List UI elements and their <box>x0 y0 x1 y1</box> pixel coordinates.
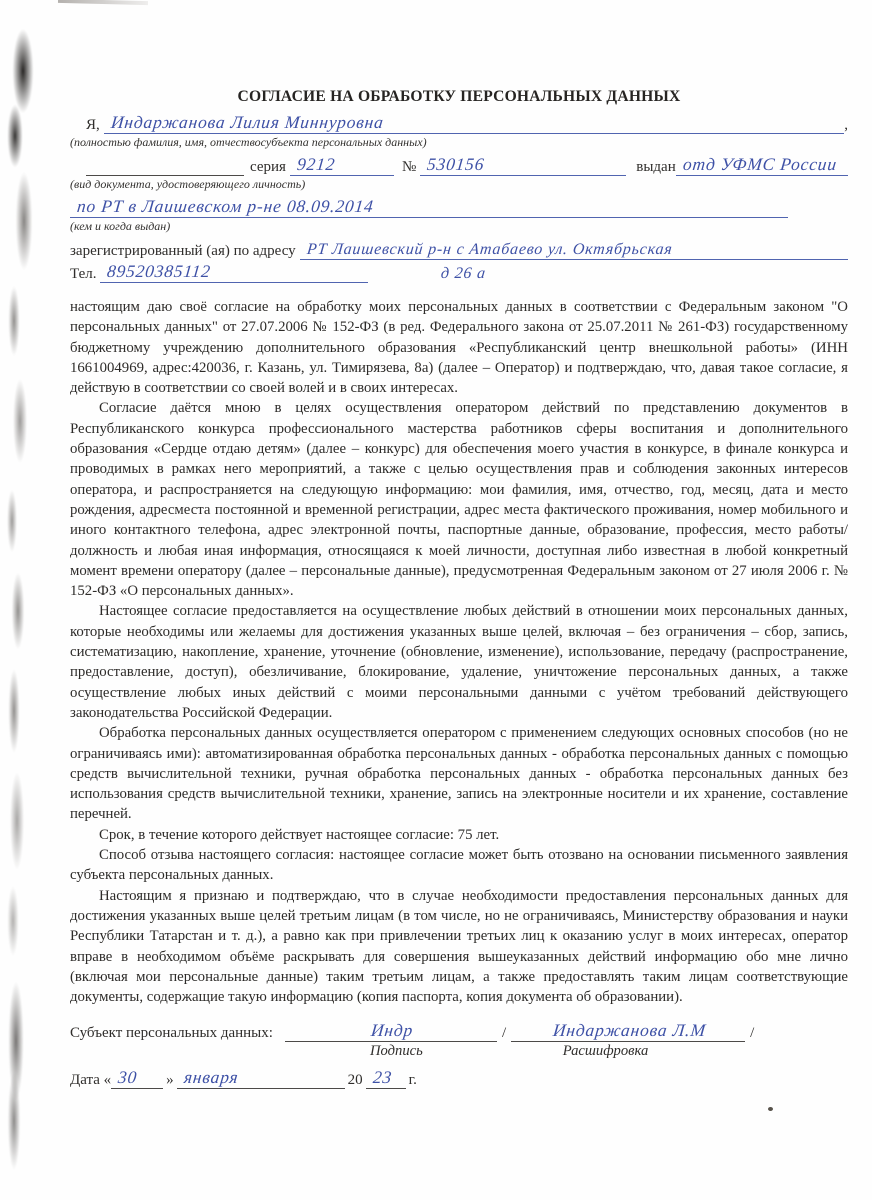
address-handwriting: РТ Лаишевский р-н с Атабаево ул. Октябрь… <box>300 242 679 259</box>
signature-row: Субъект персональных данных: Индр / Инда… <box>70 1022 848 1042</box>
label-issued: выдан <box>626 159 675 176</box>
paragraph-withdrawal: Способ отзыва настоящего согласия: насто… <box>70 845 848 886</box>
date-day-field: 30 <box>111 1069 163 1089</box>
number-field: 530156 <box>420 156 626 176</box>
open-slash: / <box>497 1025 511 1042</box>
caption-transcript: Расшифровка <box>563 1043 649 1060</box>
date-year-handwriting: 23 <box>366 1069 399 1088</box>
issued-by-field: по РТ в Лаишевском р-не 08.09.2014 <box>70 198 788 218</box>
name-field: Индаржанова Лилия Миннуровна <box>104 114 844 134</box>
name-handwriting: Индаржанова Лилия Миннуровна <box>104 114 391 133</box>
paragraph-purpose: Согласие даётся мною в целях осуществлен… <box>70 398 848 601</box>
number-handwriting: 530156 <box>420 156 491 175</box>
field-row-name: Я, Индаржанова Лилия Миннуровна , <box>70 111 848 134</box>
caption-doc-type: (вид документа, удостоверяющего личность… <box>70 177 848 192</box>
signature-field: Индр <box>285 1022 497 1042</box>
label-phone: Тел. <box>70 266 100 283</box>
date-suffix: г. <box>406 1072 420 1089</box>
issued-by-handwriting: по РТ в Лаишевском р-не 08.09.2014 <box>70 198 381 217</box>
field-row-passport: серия 9212 № 530156 выдан отд УФМС Росси… <box>70 153 848 176</box>
address-line2: д 26 а <box>434 266 491 283</box>
scanned-page: СОГЛАСИЕ НА ОБРАБОТКУ ПЕРСОНАЛЬНЫХ ДАННЫ… <box>0 0 872 1200</box>
paragraph-consent: настоящим даю своё согласие на обработку… <box>70 297 848 398</box>
paragraph-third-parties: Настоящим я признаю и подтверждаю, что в… <box>70 886 848 1008</box>
scan-artifact-left-band <box>2 16 46 1176</box>
date-close-quote: » <box>163 1072 177 1089</box>
issued-field: отд УФМС России <box>676 156 848 176</box>
address-field: РТ Лаишевский р-н с Атабаево ул. Октябрь… <box>300 242 848 260</box>
document-content: СОГЛАСИЕ НА ОБРАБОТКУ ПЕРСОНАЛЬНЫХ ДАННЫ… <box>70 88 848 1089</box>
address2-handwriting: д 26 а <box>434 266 493 283</box>
label-number: № <box>394 159 420 176</box>
paragraph-processing-methods: Обработка персональных данных осуществля… <box>70 723 848 824</box>
date-month-field: января <box>177 1069 345 1089</box>
date-row: Дата « 30 » января 20 23 г. <box>70 1069 848 1089</box>
date-day-handwriting: 30 <box>111 1069 144 1088</box>
paragraph-term: Срок, в течение которого действует насто… <box>70 825 848 845</box>
label-i: Я, <box>86 117 104 134</box>
scan-artifact-top-mark <box>58 0 148 5</box>
name-trailing-comma: , <box>844 117 848 134</box>
date-month-handwriting: января <box>177 1069 245 1088</box>
caption-issued-by: (кем и когда выдан) <box>70 219 848 234</box>
body-paragraphs: настоящим даю своё согласие на обработку… <box>70 297 848 1007</box>
label-address: зарегистрированный (ая) по адресу <box>70 243 300 260</box>
field-row-address: зарегистрированный (ая) по адресу РТ Лаи… <box>70 237 848 260</box>
doc-type-field <box>86 175 244 176</box>
series-field: 9212 <box>290 156 394 176</box>
label-subject: Субъект персональных данных: <box>70 1025 277 1042</box>
transcript-field: Индаржанова Л.М <box>511 1022 745 1042</box>
label-series: серия <box>244 159 290 176</box>
label-date: Дата « <box>70 1072 111 1089</box>
close-slash: / <box>745 1025 759 1042</box>
phone-handwriting: 89520385112 <box>100 263 218 282</box>
scan-artifact-dot <box>768 1107 773 1111</box>
issued-handwriting: отд УФМС России <box>676 156 844 175</box>
signature-captions: Подпись Расшифровка <box>70 1043 848 1060</box>
caption-full-name: (полностью фамилия, имя, отчествосубъект… <box>70 135 848 150</box>
field-row-issued-by: по РТ в Лаишевском р-не 08.09.2014 <box>70 195 848 218</box>
date-year-field: 23 <box>366 1069 406 1089</box>
page-title: СОГЛАСИЕ НА ОБРАБОТКУ ПЕРСОНАЛЬНЫХ ДАННЫ… <box>70 88 848 106</box>
signature-block: Субъект персональных данных: Индр / Инда… <box>70 1022 848 1089</box>
series-handwriting: 9212 <box>290 156 342 175</box>
phone-field: 89520385112 <box>100 263 368 283</box>
fields-block: Я, Индаржанова Лилия Миннуровна , (полно… <box>70 111 848 283</box>
caption-sign: Подпись <box>370 1043 423 1060</box>
signature-handwriting: Индр <box>364 1022 420 1041</box>
field-row-phone: Тел. 89520385112 д 26 а <box>70 260 848 283</box>
date-year-prefix: 20 <box>345 1072 366 1089</box>
transcript-handwriting: Индаржанова Л.М <box>546 1022 713 1041</box>
paragraph-actions: Настоящее согласие предоставляется на ос… <box>70 601 848 723</box>
